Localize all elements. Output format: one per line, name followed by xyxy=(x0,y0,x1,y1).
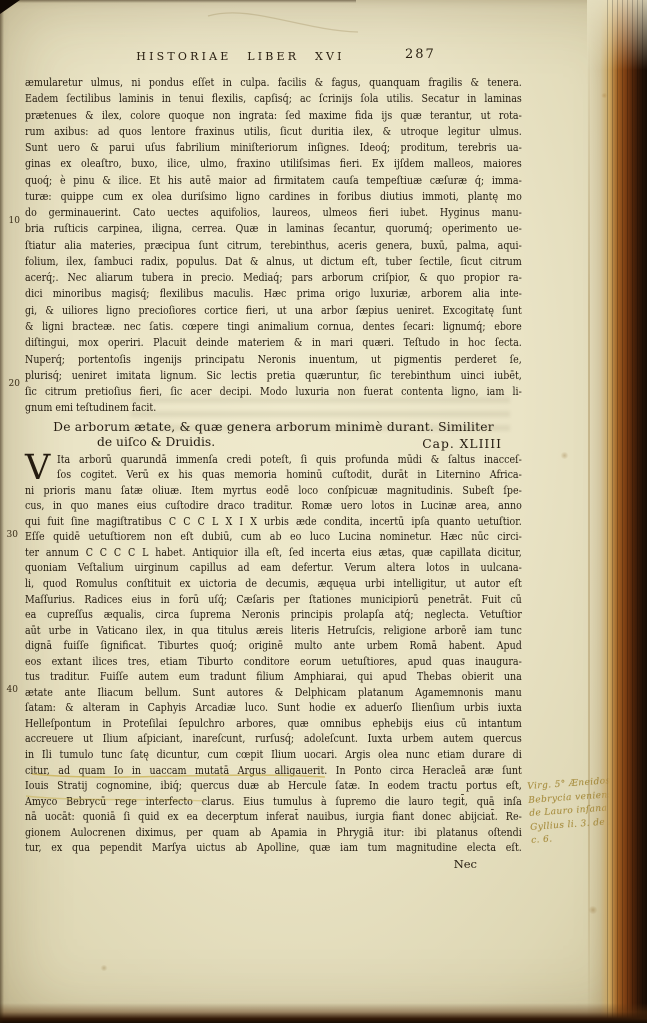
text-line: Nuperq́; portentoſis ingenijs principatu… xyxy=(25,352,522,368)
text-line: ſatam: & alteram in Caphyis Arcadiæ luco… xyxy=(25,700,522,716)
margin-line-number: 20 xyxy=(4,379,20,389)
text-line: ea cupreſſus æqualis, circa ſuprema Nero… xyxy=(25,607,522,623)
text-line: diſtingui, mox operiri. Placuit deinde m… xyxy=(25,335,522,351)
text-line: qui fuit ſine magiſtratibus C C C L X I … xyxy=(25,514,522,530)
text-line: ter annum C C C C L habet. Antiquior ill… xyxy=(25,545,522,561)
text-line: gionem Aulocrenen diximus, per quam ab A… xyxy=(25,825,522,841)
text-line: turæ: quippe cum ex olea duriſsimo ligno… xyxy=(25,189,522,205)
text-line: acerq́;. Nec aliarum tubera in precio. M… xyxy=(25,270,522,286)
text-line: nā uocāt: quoniā ſi quid ex ea decerptum… xyxy=(25,809,522,825)
text-line: ſos cogitet. Verū ex his quas memoria ho… xyxy=(25,467,522,483)
chapter-paragraph-lines: Ita arborū quarundā immenſa credi poteſt… xyxy=(25,452,522,856)
text-line: in Ili tumulo tunc ſatę dicuntur, cum cœ… xyxy=(25,747,522,763)
text-line: aūt urbe in Vaticano ilex, in qua titulu… xyxy=(25,623,522,639)
text-line: citur, ad quam Io in uaccam mutatā Argus… xyxy=(25,763,522,779)
text-line: gi, & uiliores ligno precioſiores cortic… xyxy=(25,303,522,319)
text-line: ſtiatur alia materies, præcipua ſunt cit… xyxy=(25,238,522,254)
corner-shade-top-left xyxy=(0,0,20,14)
book-edge-left xyxy=(0,0,4,1023)
chapter-heading-line1: De arborum ætate, & quæ genera arborum m… xyxy=(25,420,522,436)
text-line: ſic citrum pretioſius fieri, ſic acer de… xyxy=(25,384,522,400)
text-line: quoniam Veſtalium uirginum capillus ad e… xyxy=(25,560,522,576)
text-line: dici minoribus magisq́; flexilibus macul… xyxy=(25,286,522,302)
book-edge-bottom xyxy=(0,1003,647,1023)
text-line: Eſſe quidē uetuſtiorem non eſt dubiū, cu… xyxy=(25,529,522,545)
text-line: tus traditur. Fuiſſe autem eum tradunt f… xyxy=(25,669,522,685)
text-line: ni prioris manu ſatæ oliuæ. Item myrtus … xyxy=(25,483,522,499)
text-line: Amyco Bebrycū rege interfecto clarus. Ei… xyxy=(25,794,522,810)
text-line: Helleſpontum in Proteſilai ſepulchro arb… xyxy=(25,716,522,732)
text-line: do germinauerint. Cato uectes aquifolios… xyxy=(25,205,522,221)
scratch-mark xyxy=(190,2,390,42)
catchword: Nec xyxy=(25,857,522,871)
text-line: Eadem ſectilibus laminis in tenui flexil… xyxy=(25,91,522,107)
text-line: & ligni bracteæ. nec ſatis. cœpere tingi… xyxy=(25,319,522,335)
text-line: cus, in quo manes eius cuſtodire draco t… xyxy=(25,498,522,514)
foxing-spot xyxy=(560,452,569,459)
text-line: Sunt uero & parui uſus fabrilium miniſte… xyxy=(25,140,522,156)
margin-line-number: 30 xyxy=(2,530,18,540)
chapter-number-label: Cap. XLIIII xyxy=(422,437,502,451)
text-line: quoq́; è pinu & ilice. Et his autē maior… xyxy=(25,173,522,189)
chapter-paragraph: V Ita arborū quarundā immenſa credi pote… xyxy=(25,452,522,856)
text-line: prætenues & ilex, colore quoque non ingr… xyxy=(25,108,522,124)
text-line: Maſſurius. Radices eius in forū uſq́; Cæ… xyxy=(25,592,522,608)
book-edge-top xyxy=(0,0,356,3)
book-edge-right xyxy=(587,0,647,1023)
text-line: gnum emi teſtudinem facit. xyxy=(25,400,522,416)
text-line: folium, ilex, ſambuci radix, populus. Da… xyxy=(25,254,522,270)
margin-line-number: 10 xyxy=(4,216,20,226)
margin-line-number: 40 xyxy=(2,685,18,695)
chapter-heading: De arborum ætate, & quæ genera arborum m… xyxy=(25,420,522,451)
page-number: 287 xyxy=(405,47,436,62)
running-title: HISTORIAE LIBER XVI xyxy=(118,50,363,63)
text-line: Ita arborū quarundā immenſa credi poteſt… xyxy=(25,452,522,468)
text-line: dignā fuiſſe ſignificat. Tiburtes quoq́;… xyxy=(25,638,522,654)
text-line: accreuere ut Ilium aſpiciant, inareſcunt… xyxy=(25,731,522,747)
text-line: æmularetur ulmus, ni pondus eſſet in cul… xyxy=(25,75,522,91)
text-line: ginas ex oleaſtro, buxo, ilice, ulmo, fr… xyxy=(25,156,522,172)
book-page-scan: HISTORIAE LIBER XVI 287 10 20 30 40 æmul… xyxy=(0,0,647,1023)
text-line: ætate ante Iliacum bellum. Sunt autores … xyxy=(25,685,522,701)
text-line: eos extant ilices tres, etiam Tiburto co… xyxy=(25,654,522,670)
text-block: æmularetur ulmus, ni pondus eſſet in cul… xyxy=(25,68,522,871)
text-line: plurisq́; ueniret imitata lignum. Sic le… xyxy=(25,368,522,384)
opening-paragraph: æmularetur ulmus, ni pondus eſſet in cul… xyxy=(25,68,522,417)
text-line: bria ruſticis carpinea, iligna, cerrea. … xyxy=(25,221,522,237)
text-line: Iouis Stratij cognomine, ibiq́; quercus … xyxy=(25,778,522,794)
text-line: tur, ex qua pependit Marſya uictus ab Ap… xyxy=(25,840,522,856)
foxing-spot xyxy=(100,965,108,971)
text-line: li, quod Romulus conſtituit ex uictoria … xyxy=(25,576,522,592)
text-line: rum axibus: ad quos lentore fraxinus uti… xyxy=(25,124,522,140)
